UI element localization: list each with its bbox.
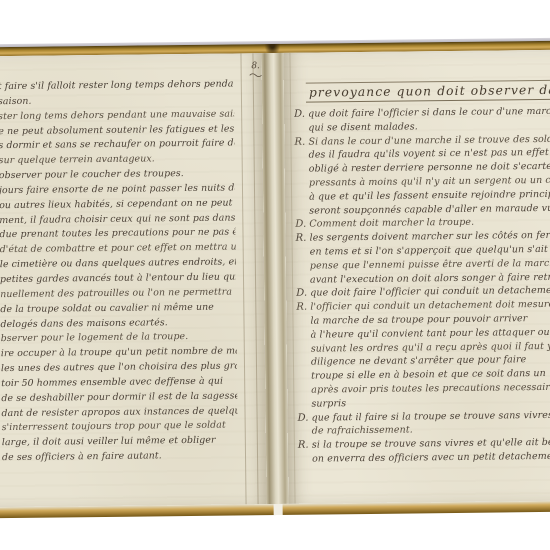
qa-marker: D. [296,287,307,301]
manuscript-line: de la troupe soldat ou cavalier ni même … [0,300,236,318]
page-title: prevoyance quon doit observer dans la ma… [306,81,550,103]
line-text: seront soupçonnés capable d'aller en mar… [309,202,550,216]
manuscript-photo: 8. t faire s'il falloit rester long temp… [0,0,550,550]
manuscript-line: de ses officiers à en faire autant. [2,449,238,467]
line-text: obligé à rester derriere personne ne doi… [309,161,550,175]
line-text: on enverra des officiers avec un petit d… [312,450,550,464]
open-pages: 8. t faire s'il falloit rester long temp… [0,50,550,507]
left-page-text: t faire s'il falloit rester long temps d… [0,77,238,466]
line-text: surpris [311,398,346,409]
line-text: suivant les ordres qu'il a reçu après qu… [311,340,550,354]
qa-marker: R. [294,135,305,149]
line-text: que doit faire l'officier qui conduit un… [310,285,550,299]
left-page: 8. t faire s'il falloit rester long temp… [0,53,267,507]
line-text: à l'heure qu'il convient tant pour les a… [311,327,550,341]
manuscript-line: t faire s'il falloit rester long temps d… [0,77,234,95]
line-text: avant l'execution on doit alors songer à… [310,271,550,285]
line-text: pense que l'ennemi puisse être averti de… [310,258,550,272]
line-text: pressants à moins qu'il n'y ait un serge… [309,175,550,189]
qa-marker: R. [298,439,309,453]
page-number-text: 8. [251,61,260,71]
page-number-flourish [249,72,263,77]
title-block: prevoyance quon doit observer dans la ma… [306,80,550,103]
right-page-text: D.que doit faire l'officier si dans le c… [294,104,550,466]
line-text: des il faudra qu'ils voyent si ce n'est … [309,147,550,161]
qa-marker: R. [296,301,307,315]
line-text: Comment doit marcher la troupe. [309,217,474,230]
bottom-edge-spine-gap [274,504,283,515]
left-page-margin-rule-outer [252,53,258,504]
qa-marker: D. [298,411,309,425]
line-text: la marche de sa troupe pour pouvoir arri… [310,313,527,326]
manuscript-line: on enverra des officiers avec un petit d… [298,449,550,467]
line-text: que faut il faire si la troupe se trouve… [312,409,550,423]
line-text: les sergents doivent marcher sur les côt… [309,230,550,244]
line-text: que doit faire l'officier si dans le cou… [308,106,550,120]
line-text: de rafraichissement. [312,425,413,437]
qa-marker: R. [295,232,306,246]
line-text: troupe si elle en à besoin et que ce soi… [311,368,546,382]
line-text: qui se disent malades. [308,121,418,133]
qa-marker: D. [294,108,305,122]
right-page: prevoyance quon doit observer dans la ma… [283,50,550,504]
page-number: 8. [249,62,263,77]
line-text: à que et qu'il les fassent ensuite rejoi… [309,189,550,203]
manuscript-line: large, il doit ausi veiller lui même et … [2,434,238,452]
manuscript-book: 8. t faire s'il falloit rester long temp… [0,38,550,518]
line-text: si la troupe se trouve sans vivres et qu… [312,436,550,450]
line-text: Si dans le cour d'une marche il se trouv… [308,133,550,147]
line-text: diligence ne devant s'arrêter que pour f… [311,355,527,368]
line-text: l'officier qui conduit un detachement do… [310,299,550,313]
line-text: en tems et si l'on s'apperçoit que quelq… [310,244,550,258]
left-page-margin-rule [240,53,246,504]
qa-marker: D. [295,218,306,232]
manuscript-line: s dormir et sans se rechaufer on pourroi… [0,137,235,155]
line-text: après avoir pris toutes les precautions … [311,382,550,396]
